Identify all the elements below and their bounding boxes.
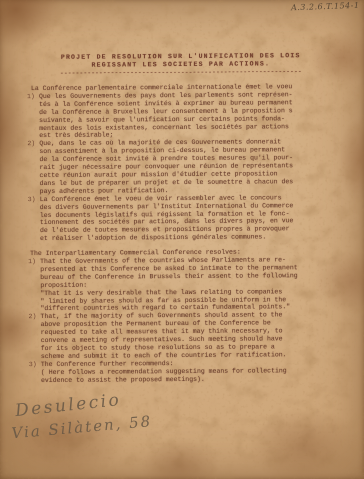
document-page: A.3.2.6.T.154-1 PROJET DE RESOLUTION SUR… (0, 0, 364, 479)
document-body: La Conférence parlementaire commerciale … (27, 83, 341, 385)
english-item-2: 2) That, if the majority of such Governm… (29, 311, 341, 361)
english-item-1: 1) That the Governments of the countries… (28, 256, 340, 314)
english-item-3: 3) The Conference further recommends:( H… (29, 359, 341, 385)
item-lines: That the Governments of the countries wh… (40, 256, 340, 313)
item-lines: The Conference further recommends:( Here… (41, 359, 341, 385)
item-lines: Que les Gouvernements des pays dont les … (39, 91, 339, 141)
text-line: evidence to assist the proposed meetings… (41, 375, 341, 385)
french-item-3: 3) La Conférence émet le voeu de voir ra… (28, 194, 340, 244)
item-number: 1) (27, 93, 35, 101)
document-title: PROJET DE RESOLUTION SUR L'UNIFICATION D… (0, 52, 363, 78)
title-underline-dashes: ----------------------------------------… (0, 68, 363, 78)
french-item-1: 1) Que les Gouvernements des pays dont l… (27, 91, 339, 141)
item-lines: Que, dans le cas où la majorité de ces G… (39, 138, 339, 195)
item-number: 3) (28, 196, 36, 204)
item-number: 3) (29, 361, 37, 369)
item-lines: That, if the majority of such Government… (41, 311, 341, 361)
item-number: 1) (28, 258, 36, 266)
item-lines: La Conférence émet le voeu de voir rasse… (40, 194, 340, 244)
text-line: et réaliser l'adoption de dispositions g… (40, 233, 340, 243)
item-number: 2) (29, 313, 37, 321)
french-item-2: 2) Que, dans le cas où la majorité de ce… (27, 138, 339, 196)
item-number: 2) (27, 140, 35, 148)
